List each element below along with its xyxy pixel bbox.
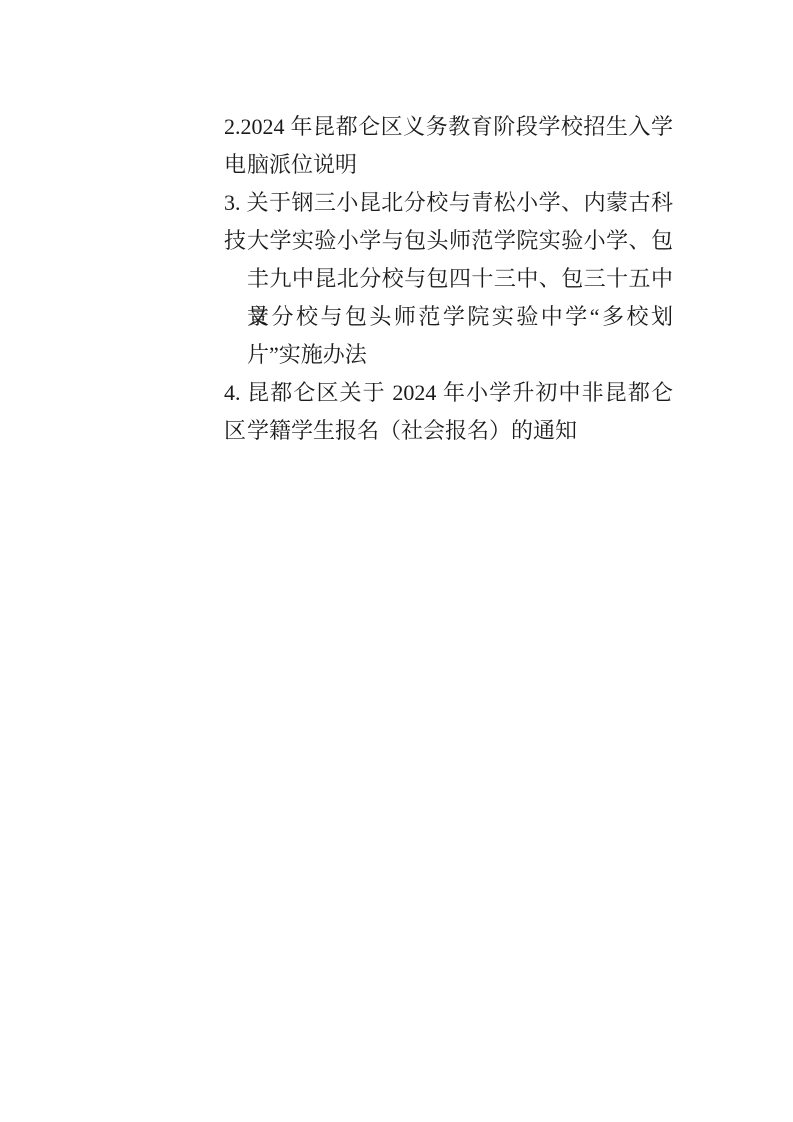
toc-list: 2.2024 年昆都仑区义务教育阶段学校招生入学电 脑派位说明 3. 关于钢三小… <box>224 108 673 450</box>
toc-line: 景分校与包头师范学院实验中学“多校划 <box>247 298 673 336</box>
toc-line: 脑派位说明 <box>247 146 673 184</box>
toc-item-2: 2.2024 年昆都仑区义务教育阶段学校招生入学电 脑派位说明 <box>224 108 673 184</box>
toc-line: 4. 昆都仑区关于 2024 年小学升初中非昆都仑区 <box>224 374 673 412</box>
toc-line: 片”实施办法 <box>247 336 673 374</box>
toc-line: 2.2024 年昆都仑区义务教育阶段学校招生入学电 <box>224 108 673 146</box>
toc-line: 大学实验小学与包头师范学院实验小学、包二 <box>247 222 673 260</box>
toc-line: 3. 关于钢三小昆北分校与青松小学、内蒙古科技 <box>224 184 673 222</box>
toc-item-4: 4. 昆都仑区关于 2024 年小学升初中非昆都仑区 学籍学生报名（社会报名）的… <box>224 374 673 450</box>
toc-line: 学籍学生报名（社会报名）的通知 <box>247 412 673 450</box>
toc-line: 十九中昆北分校与包四十三中、包三十五中文 <box>247 260 673 298</box>
document-page: 2.2024 年昆都仑区义务教育阶段学校招生入学电 脑派位说明 3. 关于钢三小… <box>0 0 793 1122</box>
toc-item-3: 3. 关于钢三小昆北分校与青松小学、内蒙古科技 大学实验小学与包头师范学院实验小… <box>224 184 673 374</box>
